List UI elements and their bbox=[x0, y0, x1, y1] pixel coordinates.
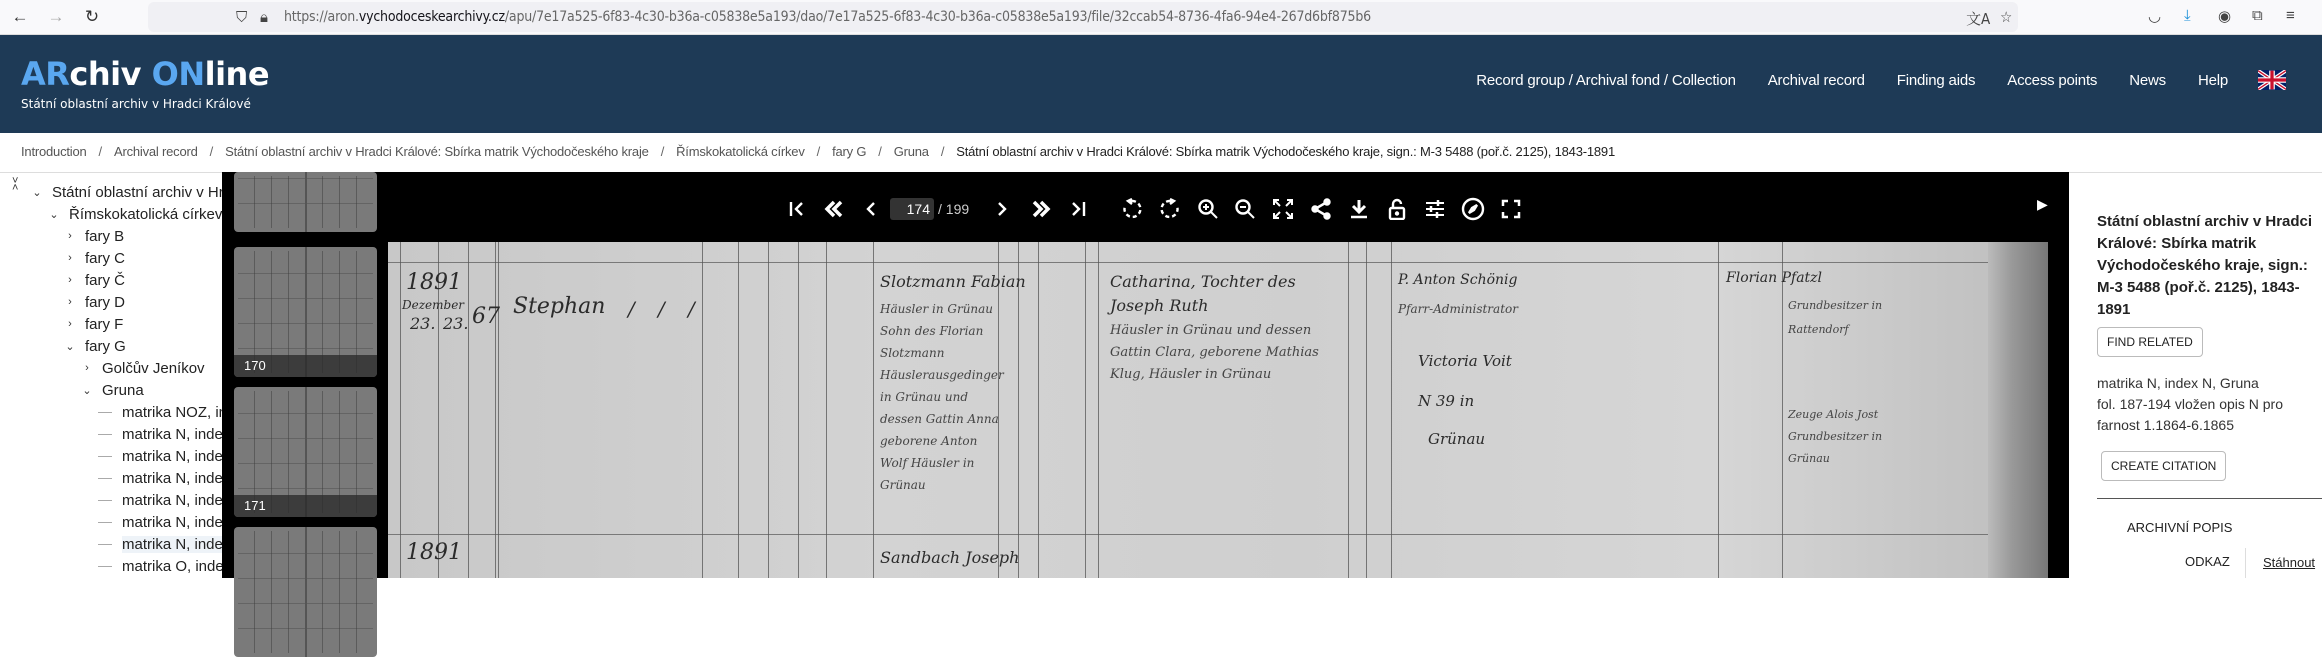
breadcrumb-fond[interactable]: Státní oblastní archiv v Hradci Králové:… bbox=[225, 144, 649, 159]
bookmark-star-icon[interactable]: ☆ bbox=[2000, 8, 2012, 26]
dash-icon bbox=[98, 566, 112, 567]
forward-arrow-icon[interactable]: → bbox=[44, 5, 68, 29]
entry-godparent-details: Grundbesitzer in Rattendorf bbox=[1788, 294, 1908, 342]
breadcrumb-separator: / bbox=[817, 144, 820, 159]
browser-toolbar: ← → ↻ ⛉ 🔒︎ https://aron.vychodoceskearch… bbox=[0, 0, 2322, 35]
entry-year: 1891 bbox=[406, 270, 462, 295]
link-label: ODKAZ bbox=[2185, 554, 2230, 569]
unlock-icon[interactable] bbox=[1382, 194, 1412, 224]
dash-icon bbox=[98, 544, 112, 545]
tree-leaf-record[interactable]: matrika N, index bbox=[98, 445, 222, 467]
collapse-all-icon[interactable]: ˅˄ bbox=[12, 178, 18, 192]
tree-leaf-record[interactable]: matrika N, index bbox=[98, 423, 222, 445]
entry-witness: Zeuge Alois Jost Grundbesitzer in Grünau bbox=[1788, 404, 1908, 470]
tree-leaf-record-selected[interactable]: matrika N, index bbox=[98, 533, 222, 555]
download-link[interactable]: Stáhnout bbox=[2263, 555, 2315, 570]
tree-item-golcuv-jenikov[interactable]: ›Golčův Jeníkov bbox=[80, 357, 205, 379]
navigator-compass-icon[interactable] bbox=[1458, 194, 1488, 224]
nav-archival-record[interactable]: Archival record bbox=[1768, 72, 1865, 89]
rotate-left-icon[interactable] bbox=[1117, 194, 1147, 224]
breadcrumb-church[interactable]: Římskokatolická církev bbox=[676, 144, 805, 159]
thumbnail[interactable] bbox=[234, 527, 377, 578]
nav-finding-aids[interactable]: Finding aids bbox=[1897, 72, 1975, 89]
dash-icon bbox=[98, 434, 112, 435]
last-page-icon[interactable] bbox=[1063, 194, 1093, 224]
share-icon[interactable] bbox=[1306, 194, 1336, 224]
chevron-down-icon[interactable]: ⌄ bbox=[30, 186, 44, 199]
thumbnail-page-number: 170 bbox=[234, 355, 377, 377]
download-icon[interactable]: ⤓ bbox=[2184, 7, 2191, 24]
chevron-down-icon[interactable]: ⌄ bbox=[47, 208, 61, 221]
breadcrumb-current: Státní oblastní archiv v Hradci Králové:… bbox=[956, 144, 1615, 159]
back-arrow-icon[interactable]: ← bbox=[8, 5, 32, 29]
entry-mark: / bbox=[658, 297, 665, 321]
chevron-down-icon[interactable]: ⌄ bbox=[63, 340, 77, 353]
rotate-right-icon[interactable] bbox=[1155, 194, 1185, 224]
account-icon[interactable]: ◉ bbox=[2218, 7, 2231, 25]
chevron-down-icon[interactable]: ⌄ bbox=[80, 384, 94, 397]
entry-mother: Catharina, Tochter des Joseph Ruth bbox=[1110, 270, 1340, 318]
collapse-right-panel-icon[interactable]: ▶ bbox=[2037, 196, 2048, 213]
address-bar[interactable]: ⛉ 🔒︎ https://aron.vychodoceskearchivy.cz… bbox=[148, 2, 2018, 32]
entry-father-details: Häusler in Grünau Sohn des Florian Slotz… bbox=[880, 298, 1000, 496]
record-description-line1: matrika N, index N, Gruna bbox=[2097, 373, 2317, 394]
pocket-icon[interactable]: ◡ bbox=[2148, 7, 2161, 25]
entry-year: 1891 bbox=[406, 540, 462, 565]
breadcrumb-separator: / bbox=[210, 144, 213, 159]
entry-midwife: Victoria Voit bbox=[1418, 352, 1512, 370]
tree-leaf-record[interactable]: matrika O, index bbox=[98, 555, 222, 577]
nav-access-points[interactable]: Access points bbox=[2007, 72, 2097, 89]
next-pages-icon[interactable] bbox=[1026, 194, 1056, 224]
breadcrumb-separator: / bbox=[941, 144, 944, 159]
dash-icon bbox=[98, 522, 112, 523]
column-divider bbox=[2245, 548, 2246, 578]
zoom-out-icon[interactable] bbox=[1230, 194, 1260, 224]
download-icon[interactable] bbox=[1344, 194, 1374, 224]
archival-description-heading[interactable]: ARCHIVNÍ POPIS bbox=[2127, 520, 2232, 535]
fullscreen-icon[interactable] bbox=[1496, 194, 1526, 224]
site-header: ARchiv ONline Státní oblastní archiv v H… bbox=[0, 35, 2322, 133]
breadcrumb-fary-g[interactable]: fary G bbox=[832, 144, 866, 159]
page-total: / 199 bbox=[938, 201, 969, 217]
nav-help[interactable]: Help bbox=[2198, 72, 2228, 89]
thumbnail[interactable]: 171 bbox=[234, 387, 377, 517]
entry-mother-details: Häusler in Grünau und dessen Gattin Clar… bbox=[1110, 320, 1340, 386]
breadcrumb-separator: / bbox=[99, 144, 102, 159]
archive-tree: ˅˄ ⌄Státní oblastní archiv v Hradci Král… bbox=[0, 172, 222, 578]
zoom-in-icon[interactable] bbox=[1193, 194, 1223, 224]
image-viewer: ◀ / 199 ▶ 170 171 bbox=[222, 172, 2069, 578]
entry-midwife-place: Grünau bbox=[1428, 430, 1485, 448]
entry-day-baptism: 23. bbox=[443, 314, 468, 333]
entry-child-name: Stephan bbox=[513, 294, 605, 319]
tree-item-archive[interactable]: ⌄Státní oblastní archiv v Hradci Králové bbox=[30, 181, 222, 203]
entry-mark: / bbox=[688, 297, 695, 321]
viewer-toolbar: ◀ / 199 ▶ bbox=[222, 172, 2069, 242]
tree-leaf-record[interactable]: matrika N, index bbox=[98, 467, 222, 489]
chevron-right-icon[interactable]: › bbox=[63, 230, 77, 242]
dash-icon bbox=[98, 412, 112, 413]
create-citation-button[interactable]: CREATE CITATION bbox=[2101, 451, 2226, 481]
tree-item-fary-c-caron[interactable]: ›fary Č bbox=[63, 269, 125, 291]
thumbnail-strip: 170 171 bbox=[222, 242, 387, 578]
tree-item-fary-f[interactable]: ›fary F bbox=[63, 313, 123, 335]
uk-flag-icon[interactable] bbox=[2258, 70, 2286, 90]
main-nav: Record group / Archival fond / Collectio… bbox=[1444, 70, 2286, 90]
breadcrumb-separator: / bbox=[661, 144, 664, 159]
chevron-right-icon[interactable]: › bbox=[63, 274, 77, 286]
tree-leaf-record[interactable]: matrika NOZ, index bbox=[98, 401, 222, 423]
breadcrumb-separator: / bbox=[878, 144, 881, 159]
tree-leaf-record[interactable]: matrika N, index bbox=[98, 511, 222, 533]
chevron-right-icon[interactable]: › bbox=[63, 252, 77, 264]
previous-page-icon[interactable] bbox=[856, 194, 886, 224]
page-number-input[interactable] bbox=[890, 198, 934, 220]
entry-day-birth: 23. bbox=[410, 314, 435, 333]
adjustments-icon[interactable] bbox=[1420, 194, 1450, 224]
find-related-button[interactable]: FIND RELATED bbox=[2097, 327, 2203, 357]
dash-icon bbox=[98, 456, 112, 457]
menu-icon[interactable]: ≡ bbox=[2286, 7, 2295, 24]
fit-to-screen-icon[interactable] bbox=[1268, 194, 1298, 224]
chevron-right-icon[interactable]: › bbox=[63, 318, 77, 330]
extensions-icon[interactable]: ⧉ bbox=[2252, 7, 2263, 24]
thumbnail-page-number: 171 bbox=[234, 495, 377, 517]
breadcrumb-archival-record[interactable]: Archival record bbox=[114, 144, 198, 159]
tree-item-church[interactable]: ⌄Římskokatolická církev bbox=[47, 203, 222, 225]
entry-godparent: Florian Pfatzl bbox=[1726, 270, 1822, 286]
breadcrumb-introduction[interactable]: Introduction bbox=[21, 144, 87, 159]
thumbnail[interactable]: 170 bbox=[234, 247, 377, 377]
dash-icon bbox=[98, 478, 112, 479]
entry-midwife-house: N 39 in bbox=[1418, 392, 1474, 410]
entry-priest-title: Pfarr-Administrator bbox=[1398, 302, 1518, 316]
reload-icon[interactable]: ↻ bbox=[80, 5, 104, 29]
tree-item-fary-b[interactable]: ›fary B bbox=[63, 225, 124, 247]
nav-record-group[interactable]: Record group / Archival fond / Collectio… bbox=[1476, 72, 1735, 89]
site-logo[interactable]: ARchiv ONline bbox=[21, 55, 269, 93]
previous-pages-icon[interactable] bbox=[819, 194, 849, 224]
panel-divider bbox=[2097, 498, 2322, 499]
record-description-line2: fol. 187-194 vložen opis N pro farnost 1… bbox=[2097, 394, 2317, 436]
record-title: Státní oblastní archiv v Hradci Králové:… bbox=[2097, 211, 2322, 321]
tree-leaf-record[interactable]: matrika N, index bbox=[98, 489, 222, 511]
tree-item-fary-c[interactable]: ›fary C bbox=[63, 247, 125, 269]
next-page-icon[interactable] bbox=[987, 194, 1017, 224]
entry-priest: P. Anton Schönig bbox=[1398, 272, 1517, 288]
url-text: https://aron.vychodoceskearchivy.cz/apu/… bbox=[284, 9, 1371, 25]
tree-item-fary-d[interactable]: ›fary D bbox=[63, 291, 125, 313]
breadcrumb: Introduction / Archival record / Státní … bbox=[21, 133, 1615, 170]
entry-father: Slotzmann Fabian bbox=[880, 272, 1026, 291]
thumbnail[interactable] bbox=[234, 172, 377, 232]
site-subtitle: Státní oblastní archiv v Hradci Králové bbox=[21, 97, 251, 111]
nav-news[interactable]: News bbox=[2129, 72, 2166, 89]
dash-icon bbox=[98, 500, 112, 501]
translate-icon[interactable]: 文A bbox=[1966, 8, 1990, 29]
tree-item-fary-g[interactable]: ⌄fary G bbox=[63, 335, 126, 357]
entry-house-number: 67 bbox=[472, 304, 500, 329]
lock-icon[interactable]: 🔒︎ bbox=[260, 8, 268, 26]
breadcrumb-gruna[interactable]: Gruna bbox=[894, 144, 929, 159]
entry-father: Sandbach Joseph bbox=[880, 548, 1019, 567]
entry-month: Dezember bbox=[402, 298, 464, 312]
chevron-right-icon[interactable]: › bbox=[80, 362, 94, 374]
chevron-right-icon[interactable]: › bbox=[63, 296, 77, 308]
tree-item-gruna[interactable]: ⌄Gruna bbox=[80, 379, 144, 401]
register-page-image[interactable]: 1891 Dezember 23. 23. 67 Stephan / / / S… bbox=[388, 242, 2048, 578]
entry-mark: / bbox=[628, 297, 635, 321]
shield-icon[interactable]: ⛉ bbox=[236, 8, 247, 26]
first-page-icon[interactable] bbox=[782, 194, 812, 224]
